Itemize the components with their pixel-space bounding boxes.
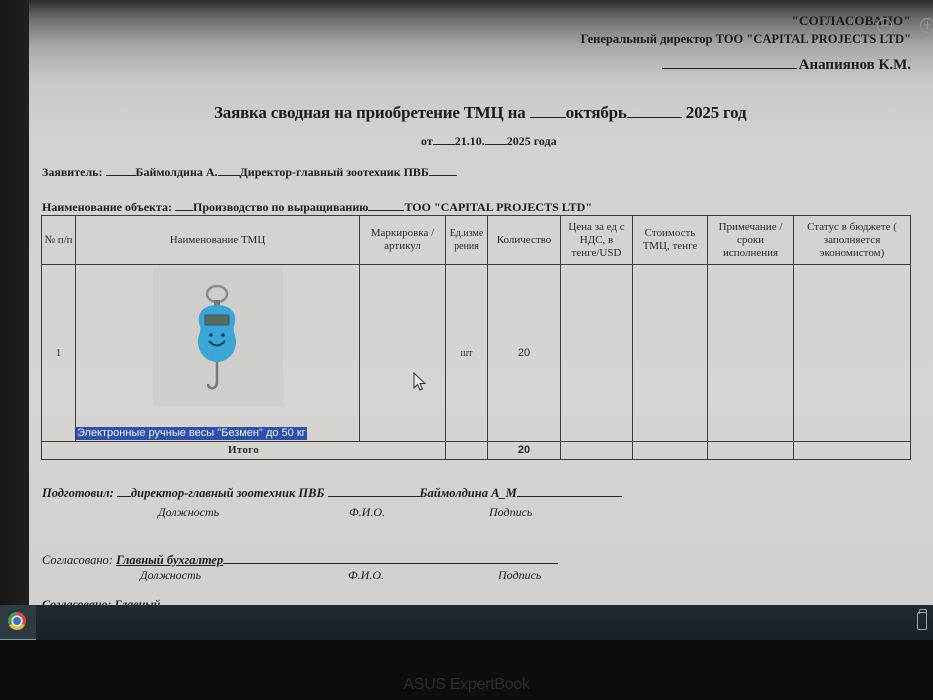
usb-drive-icon[interactable] bbox=[917, 612, 927, 630]
applicant-underline bbox=[218, 165, 240, 176]
caption-position-2: Должность bbox=[140, 568, 201, 583]
prepared-signature-line bbox=[517, 486, 622, 497]
product-image[interactable] bbox=[153, 268, 283, 406]
table-row: 1 bbox=[42, 265, 911, 442]
agreed-label: Согласовано: bbox=[42, 553, 113, 567]
next-signature-line-partial: Согласовано: Главный bbox=[42, 597, 160, 605]
total-cost bbox=[633, 442, 708, 460]
hanging-scale-icon bbox=[153, 268, 283, 406]
title-underline bbox=[627, 105, 682, 118]
approval-block: "СОГЛАСОВАНО" Генеральный директор ТОО "… bbox=[581, 12, 911, 74]
items-table: № п/п Наименование ТМЦ Маркировка /артик… bbox=[41, 215, 911, 460]
cell-note bbox=[708, 265, 794, 442]
taskbar bbox=[0, 605, 933, 640]
date-suffix: 2025 года bbox=[507, 134, 557, 148]
cell-number: 1 bbox=[42, 265, 76, 442]
object-line: Наименование объекта: Производство по вы… bbox=[42, 200, 592, 215]
col-price: Цена за ед с НДС, в тенге/USD bbox=[561, 216, 633, 265]
applicant-name: Баймолдина А. bbox=[136, 165, 218, 179]
selected-product-name[interactable]: Электронные ручные весы "Безмен" до 50 к… bbox=[76, 427, 307, 440]
col-budget-status: Статус в бюджете ( заполняется экономист… bbox=[794, 216, 911, 265]
cell-quantity: 20 bbox=[488, 265, 561, 442]
applicant-underline bbox=[106, 165, 136, 176]
cell-marking bbox=[360, 265, 446, 442]
total-unit bbox=[446, 442, 488, 460]
page-title: Заявка сводная на приобретение ТМЦ на ок… bbox=[214, 103, 746, 123]
chrome-icon bbox=[8, 612, 26, 630]
date-value: 21.10. bbox=[455, 134, 485, 148]
cell-unit: шт bbox=[446, 265, 488, 442]
prepared-position: директор-главный зоотехник ПВБ bbox=[131, 486, 325, 500]
approval-signatory: Анапиянов К.М. bbox=[581, 54, 911, 74]
cell-name[interactable]: Электронные ручные весы "Безмен" до 50 к… bbox=[76, 265, 360, 442]
object-label: Наименование объекта: bbox=[42, 200, 172, 214]
table-header-row: № п/п Наименование ТМЦ Маркировка /артик… bbox=[42, 216, 911, 265]
col-quantity: Количество bbox=[488, 216, 561, 265]
total-budget-status bbox=[794, 442, 911, 460]
object-underline bbox=[368, 200, 404, 211]
monitor-bezel-left bbox=[0, 0, 29, 605]
agreed-position: Главный бухгалтер bbox=[116, 553, 223, 567]
cell-price bbox=[561, 265, 633, 442]
caption-name: Ф.И.О. bbox=[349, 505, 385, 520]
mouse-cursor-icon bbox=[413, 372, 427, 392]
col-marking: Маркировка /артикул bbox=[360, 216, 446, 265]
date-underline bbox=[485, 134, 507, 145]
title-month: октябрь bbox=[566, 103, 627, 122]
caption-signature: Подпись bbox=[489, 505, 532, 520]
total-quantity: 20 bbox=[488, 442, 561, 460]
total-label: Итого bbox=[42, 442, 446, 460]
signatory-name: Анапиянов К.М. bbox=[799, 57, 911, 73]
col-number: № п/п bbox=[42, 216, 76, 265]
prepared-underline bbox=[328, 486, 420, 497]
date-prefix: от bbox=[421, 134, 433, 148]
applicant-line: Заявитель: Баймолдина А.Директор-главный… bbox=[42, 165, 457, 180]
cell-budget-status bbox=[794, 265, 911, 442]
prepared-label: Подготовил: bbox=[42, 486, 114, 500]
approval-position: Генеральный директор ТОО "CAPITAL PROJEC… bbox=[581, 30, 911, 48]
prepared-underline bbox=[117, 486, 131, 497]
agreed-signature-line bbox=[223, 552, 558, 564]
object-underline bbox=[175, 200, 193, 211]
device-brand-label: ASUS ExpertBook bbox=[0, 676, 933, 694]
object-value: Производство по выращиванию bbox=[193, 200, 368, 214]
caption-signature-2: Подпись bbox=[498, 568, 541, 583]
caption-position: Должность bbox=[158, 505, 219, 520]
date-underline bbox=[433, 134, 455, 145]
total-note bbox=[708, 442, 794, 460]
col-cost: Стоимость ТМЦ, тенге bbox=[633, 216, 708, 265]
caption-name-2: Ф.И.О. bbox=[348, 568, 384, 583]
applicant-position: Директор-главный зоотехник ПВБ bbox=[240, 165, 429, 179]
title-year: 2025 год bbox=[686, 103, 747, 122]
cell-cost bbox=[633, 265, 708, 442]
document-page: "СОГЛАСОВАНО" Генеральный директор ТОО "… bbox=[29, 0, 933, 605]
document-viewer[interactable]: "СОГЛАСОВАНО" Генеральный директор ТОО "… bbox=[29, 0, 933, 605]
applicant-label: Заявитель: bbox=[42, 165, 103, 179]
object-company: ТОО "CAPITAL PROJECTS LTD" bbox=[404, 200, 592, 214]
title-underline bbox=[530, 105, 566, 118]
title-prefix: Заявка сводная на приобретение ТМЦ на bbox=[214, 103, 526, 122]
col-name: Наименование ТМЦ bbox=[76, 216, 360, 265]
taskbar-chrome-button[interactable] bbox=[0, 605, 36, 641]
approval-title: "СОГЛАСОВАНО" bbox=[581, 12, 911, 30]
document-date: от21.10.2025 года bbox=[421, 134, 557, 149]
zoom-in-icon[interactable]: + bbox=[920, 18, 933, 33]
agreed-by-line: Согласовано: Главный бухгалтер bbox=[42, 552, 558, 568]
total-price bbox=[561, 442, 633, 460]
col-unit: Ед.изме рения bbox=[446, 216, 488, 265]
col-note: Примечание /сроки исполнения bbox=[708, 216, 794, 265]
prepared-by-line: Подготовил: директор-главный зоотехник П… bbox=[42, 486, 622, 501]
signature-line bbox=[662, 54, 797, 69]
zoom-out-icon[interactable]: − bbox=[877, 18, 892, 33]
prepared-name: Баймолдина А_М bbox=[420, 486, 517, 500]
applicant-underline bbox=[429, 165, 457, 176]
total-row: Итого 20 bbox=[42, 442, 911, 460]
